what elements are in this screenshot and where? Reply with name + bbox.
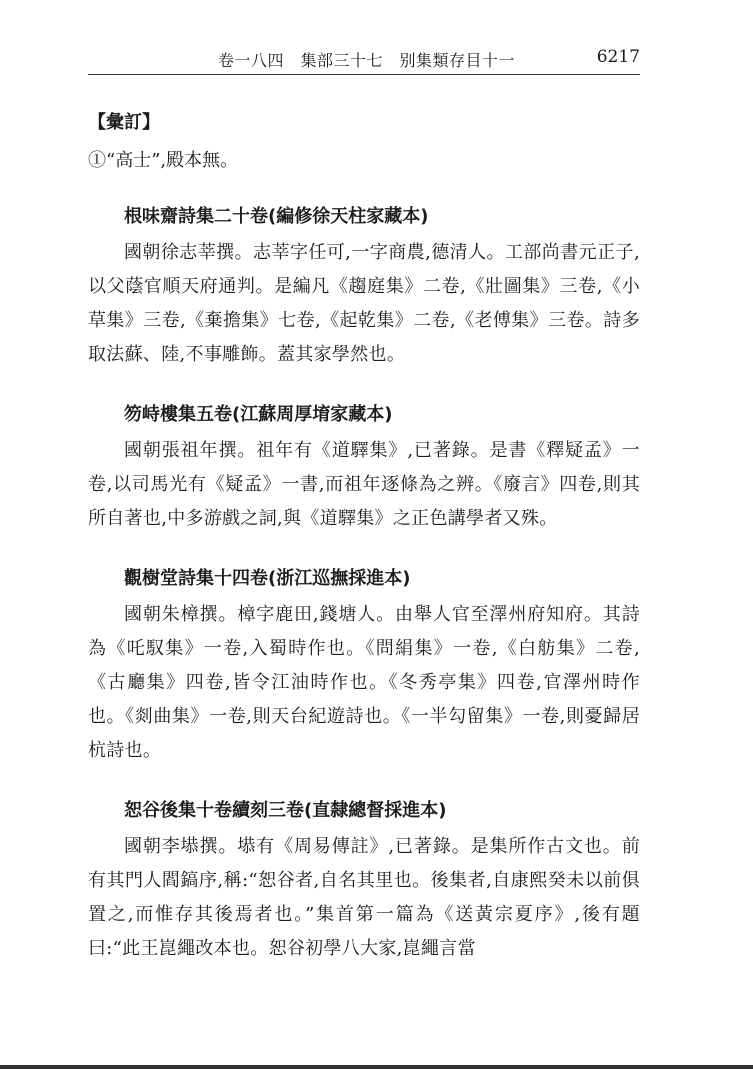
note-item: ①“高士”,殿本無。 bbox=[88, 148, 640, 174]
page-number: 6217 bbox=[597, 47, 640, 67]
entry-title: 恕谷後集十卷續刻三卷(直隸總督採進本) bbox=[88, 798, 640, 824]
entry: 恕谷後集十卷續刻三卷(直隸總督採進本) 國朝李塨撰。塨有《周易傳註》,已著錄。是… bbox=[88, 798, 640, 966]
entry-body: 國朝朱樟撰。樟字鹿田,錢塘人。由舉人官至澤州府知府。其詩為《吒馭集》一卷,入蜀時… bbox=[88, 598, 640, 768]
entry-title: 根味齋詩集二十卷(編修徐天柱家藏本) bbox=[88, 204, 640, 230]
note-label: 【彙訂】 bbox=[88, 110, 640, 136]
entry-body: 國朝徐志莘撰。志莘字任可,一字商農,德清人。工部尚書元正子,以父蔭官順天府通判。… bbox=[88, 236, 640, 372]
entry-title: 笏峙樓集五卷(江蘇周厚堉家藏本) bbox=[88, 402, 640, 428]
page-content: 【彙訂】 ①“高士”,殿本無。 根味齋詩集二十卷(編修徐天柱家藏本) 國朝徐志莘… bbox=[88, 110, 640, 966]
header-title: 卷一八四 集部三十七 别集類存目十一 bbox=[218, 48, 515, 71]
page-bottom-border bbox=[0, 1065, 753, 1069]
entry: 觀樹堂詩集十四卷(浙江巡撫採進本) 國朝朱樟撰。樟字鹿田,錢塘人。由舉人官至澤州… bbox=[88, 566, 640, 768]
entry: 笏峙樓集五卷(江蘇周厚堉家藏本) 國朝張祖年撰。祖年有《道驛集》,已著錄。是書《… bbox=[88, 402, 640, 536]
running-header: 卷一八四 集部三十七 别集類存目十一 6217 bbox=[88, 40, 640, 75]
entry-body: 國朝張祖年撰。祖年有《道驛集》,已著錄。是書《釋疑孟》一卷,以司馬光有《疑孟》一… bbox=[88, 434, 640, 536]
entry-title: 觀樹堂詩集十四卷(浙江巡撫採進本) bbox=[88, 566, 640, 592]
entry: 根味齋詩集二十卷(編修徐天柱家藏本) 國朝徐志莘撰。志莘字任可,一字商農,德清人… bbox=[88, 204, 640, 372]
entry-body: 國朝李塨撰。塨有《周易傳註》,已著錄。是集所作古文也。前有其門人閻鎬序,稱:“恕… bbox=[88, 830, 640, 966]
